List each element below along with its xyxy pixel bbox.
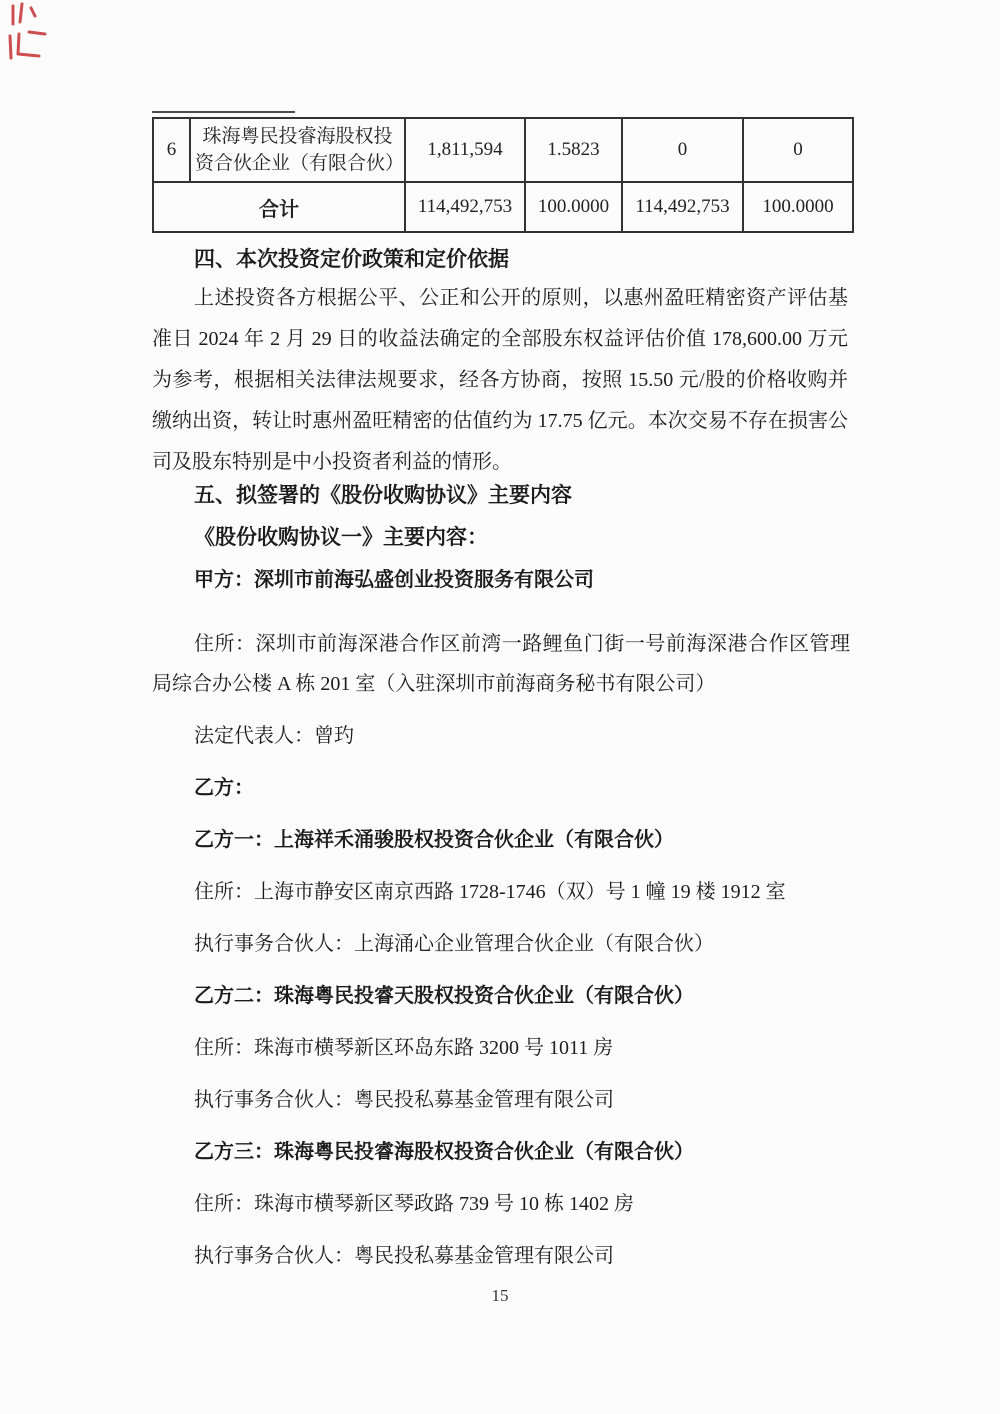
table-cutoff-line — [152, 111, 295, 113]
section4-heading: 四、本次投资定价政策和定价依据 — [194, 246, 509, 274]
document-page: 6 珠海粤民投睿海股权投资合伙企业（有限合伙） 1,811,594 1.5823… — [0, 0, 1000, 1414]
section4-paragraph: 上述投资各方根据公平、公正和公开的原则，以惠州盈旺精密资产评估基准日 2024 … — [152, 278, 848, 483]
managing-partner-line: 执行事务合伙人：上海涌心企业管理合伙企业（有限合伙） — [152, 924, 850, 964]
party-b3-line: 乙方三：珠海粤民投睿海股权投资合伙企业（有限合伙） — [152, 1132, 850, 1172]
managing-partner-line: 执行事务合伙人：粤民投私募基金管理有限公司 — [152, 1236, 850, 1276]
total-shares: 114,492,753 — [622, 182, 743, 232]
section5-subheading: 《股份收购协议一》主要内容： — [194, 524, 488, 552]
partner-name: 珠海粤民投睿海股权投资合伙企业（有限合伙） — [190, 118, 405, 182]
total-shares: 114,492,753 — [405, 182, 525, 232]
total-label: 合计 — [153, 182, 405, 232]
managing-partner-line: 执行事务合伙人：粤民投私募基金管理有限公司 — [152, 1080, 850, 1120]
row-index: 6 — [153, 118, 190, 182]
shareholder-table: 6 珠海粤民投睿海股权投资合伙企业（有限合伙） 1,811,594 1.5823… — [152, 117, 854, 233]
table-row: 6 珠海粤民投睿海股权投资合伙企业（有限合伙） 1,811,594 1.5823… — [153, 118, 853, 182]
legal-rep-line: 法定代表人：曾玓 — [152, 716, 850, 756]
address-line: 住所：深圳市前海深港合作区前湾一路鲤鱼门街一号前海深港合作区管理局综合办公楼 A… — [152, 612, 850, 704]
party-b-line: 乙方： — [152, 768, 850, 808]
party-a-line: 甲方：深圳市前海弘盛创业投资服务有限公司 — [152, 560, 850, 600]
total-percent: 100.0000 — [743, 182, 853, 232]
party-b1-line: 乙方一：上海祥禾涌骏股权投资合伙企业（有限合伙） — [152, 820, 850, 860]
party-b2-line: 乙方二：珠海粤民投睿天股权投资合伙企业（有限合伙） — [152, 976, 850, 1016]
shares-value: 1,811,594 — [405, 118, 525, 182]
address-line: 住所：上海市静安区南京西路 1728-1746（双）号 1 幢 19 楼 191… — [152, 872, 850, 912]
agreement-details: 甲方：深圳市前海弘盛创业投资服务有限公司 住所：深圳市前海深港合作区前湾一路鲤鱼… — [152, 560, 850, 1288]
total-percent: 100.0000 — [525, 182, 622, 232]
shares-value: 0 — [622, 118, 743, 182]
red-stamp-artifact — [5, 2, 51, 64]
page-number: 15 — [0, 1286, 1000, 1306]
section5-heading: 五、拟签署的《股份收购协议》主要内容 — [194, 482, 572, 510]
address-line: 住所：珠海市横琴新区环岛东路 3200 号 1011 房 — [152, 1028, 850, 1068]
percent-value: 1.5823 — [525, 118, 622, 182]
percent-value: 0 — [743, 118, 853, 182]
table-total-row: 合计 114,492,753 100.0000 114,492,753 100.… — [153, 182, 853, 232]
address-line: 住所：珠海市横琴新区琴政路 739 号 10 栋 1402 房 — [152, 1184, 850, 1224]
